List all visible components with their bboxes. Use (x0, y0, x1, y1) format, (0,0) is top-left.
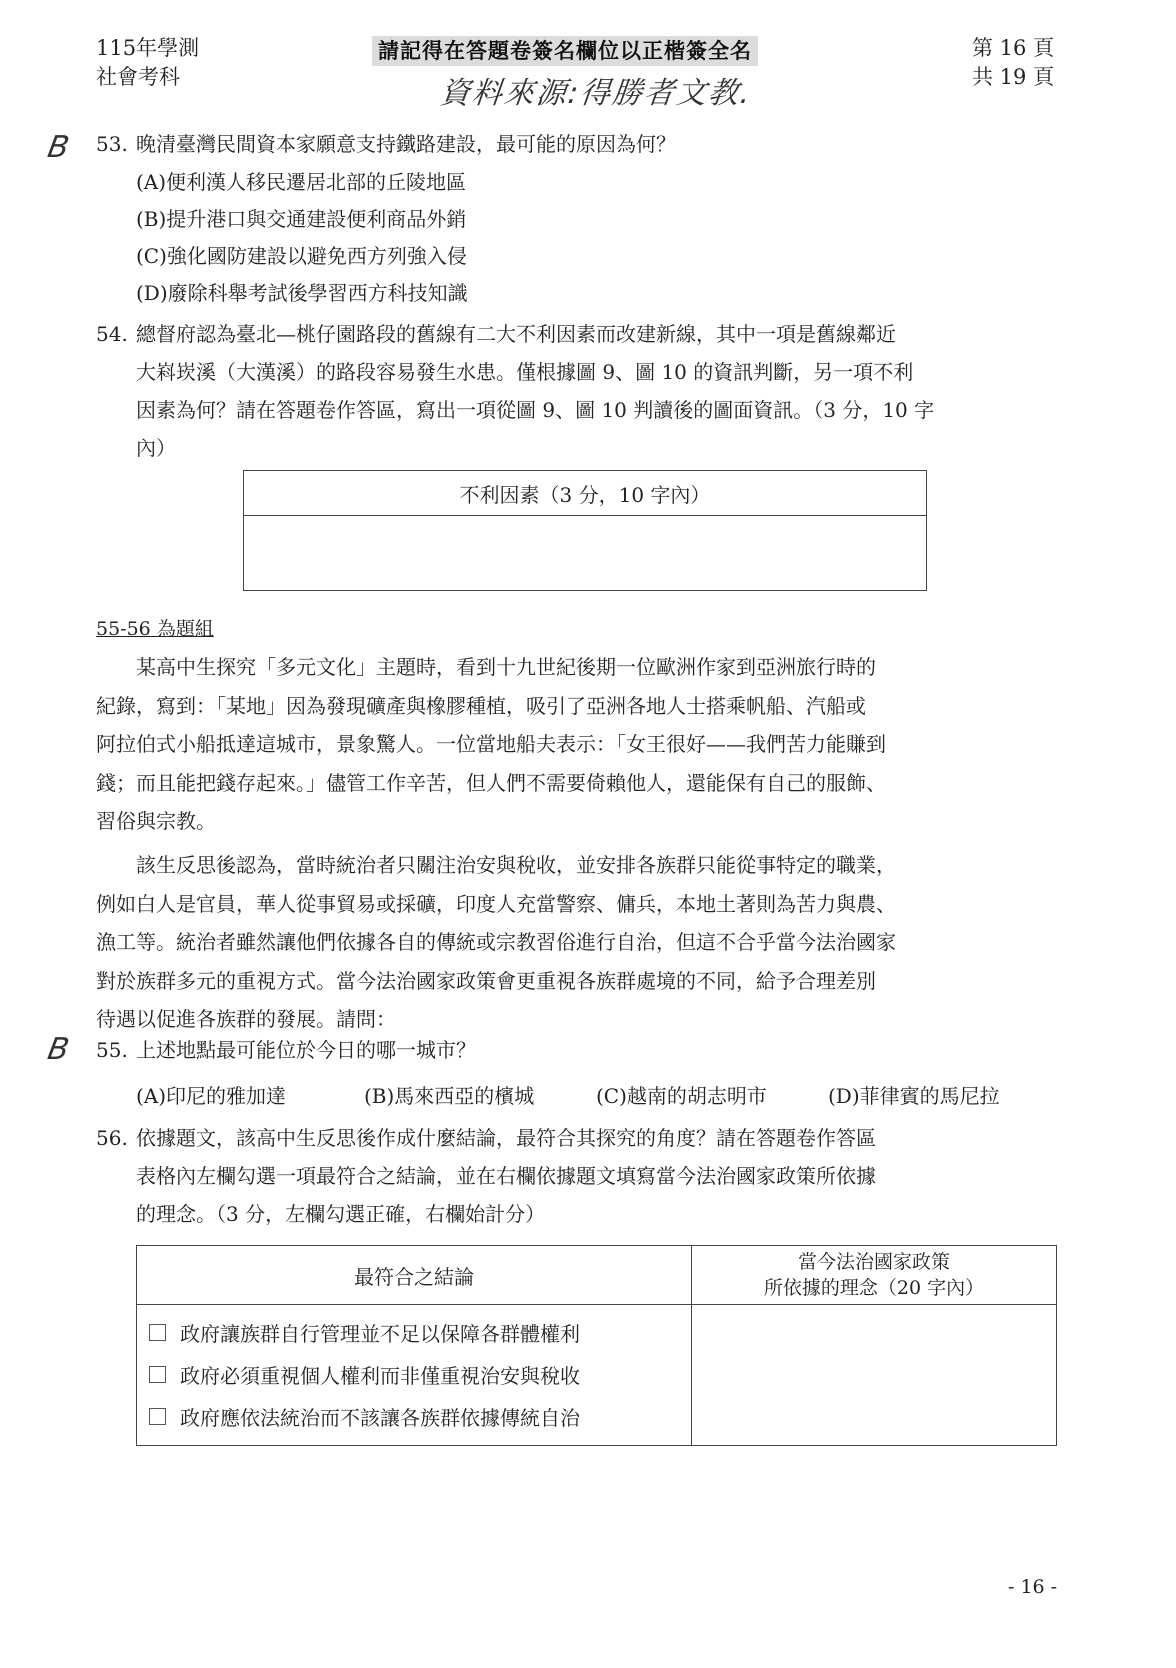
passage-1-line: 阿拉伯式小船抵達這城市，景象驚人。一位當地船夫表示：「女王很好——我們苦力能賺到 (96, 725, 1062, 764)
q56-answer-table: 最符合之結論 當今法治國家政策 所依據的理念（20 字內） 政府讓族群自行管理並… (136, 1245, 1057, 1446)
passage-2-line: 漁工等。統治者雖然讓他們依據各自的傳統或宗教習俗進行自治，但這不合乎當今法治國家 (96, 923, 1062, 962)
checkbox-icon[interactable] (149, 1366, 166, 1383)
page-current: 第 16 頁 (972, 34, 1054, 63)
q54-line-3: 因素為何？請在答題卷作答區，寫出一項從圖 9、圖 10 判讀後的圖面資訊。（3 … (136, 394, 934, 426)
q56-choice-1[interactable]: 政府讓族群自行管理並不足以保障各群體權利 (137, 1311, 691, 1353)
page-footer-number: - 16 - (1008, 1576, 1057, 1598)
question-group-title: 55-56 為題組 (96, 614, 214, 641)
q56-col2-header-line1: 當今法治國家政策 (692, 1249, 1056, 1275)
checkbox-icon[interactable] (149, 1408, 166, 1425)
passage-1-line: 錢；而且能把錢存起來。」儘管工作辛苦，但人們不需要倚賴他人，還能保有自己的服飾、 (96, 764, 1062, 803)
q53-option-d[interactable]: (D)廢除科舉考試後學習西方科技知識 (136, 277, 468, 309)
q54-line-4: 內） (136, 432, 176, 464)
group-passage-1: 某高中生探究「多元文化」主題時，看到十九世紀後期一位歐洲作家到亞洲旅行時的 紀錄… (96, 648, 1062, 841)
q56-choice-1-label: 政府讓族群自行管理並不足以保障各群體權利 (180, 1318, 580, 1347)
passage-1-line: 習俗與宗教。 (96, 802, 1062, 841)
q55-handwritten-answer: B (45, 1032, 72, 1067)
passage-1-line: 某高中生探究「多元文化」主題時，看到十九世紀後期一位歐洲作家到亞洲旅行時的 (96, 648, 1062, 687)
q53-option-b[interactable]: (B)提升港口與交通建設便利商品外銷 (136, 203, 466, 235)
q54-line-2: 大嵙崁溪（大漢溪）的路段容易發生水患。僅根據圖 9、圖 10 的資訊判斷，另一項… (136, 356, 913, 388)
q53-handwritten-answer: B (45, 130, 72, 165)
q54-answer-box-header: 不利因素（3 分，10 字內） (244, 471, 927, 516)
q56-line-2: 表格內左欄勾選一項最符合之結論，並在右欄依據題文填寫當今法治國家政策所依據 (136, 1160, 876, 1192)
q56-choice-2-label: 政府必須重視個人權利而非僅重視治安與稅收 (180, 1360, 580, 1389)
q54-line-1: 總督府認為臺北—桃仔園路段的舊線有二大不利因素而改建新線，其中一項是舊線鄰近 (136, 318, 896, 350)
group-passage-2: 該生反思後認為，當時統治者只關注治安與稅收，並安排各族群只能從事特定的職業， 例… (96, 846, 1062, 1039)
exam-header-right: 第 16 頁 共 19 頁 (972, 34, 1054, 92)
q55-option-c[interactable]: (C)越南的胡志明市 (596, 1080, 767, 1112)
q55-option-b[interactable]: (B)馬來西亞的檳城 (364, 1080, 534, 1112)
checkbox-icon[interactable] (149, 1324, 166, 1341)
q53-option-c[interactable]: (C)強化國防建設以避免西方列強入侵 (136, 240, 467, 272)
q55-option-d[interactable]: (D)菲律賓的馬尼拉 (828, 1080, 1000, 1112)
q56-choices-cell: 政府讓族群自行管理並不足以保障各群體權利 政府必須重視個人權利而非僅重視治安與稅… (137, 1305, 692, 1446)
passage-2-line: 待遇以促進各族群的發展。請問： (96, 1000, 1062, 1039)
signature-notice: 請記得在答題卷簽名欄位以正楷簽全名 (372, 36, 758, 66)
passage-1-line: 紀錄，寫到：「某地」因為發現礦產與橡膠種植，吸引了亞洲各地人士搭乘帆船、汽船或 (96, 687, 1062, 726)
q56-answer-field[interactable] (692, 1305, 1057, 1446)
passage-2-line: 對於族群多元的重視方式。當今法治國家政策會更重視各族群處境的不同，給予合理差別 (96, 962, 1062, 1001)
q56-col1-header: 最符合之結論 (137, 1246, 692, 1305)
q53-stem: 晚清臺灣民間資本家願意支持鐵路建設，最可能的原因為何？ (136, 128, 676, 160)
passage-2-line: 例如白人是官員，華人從事貿易或採礦，印度人充當警察、傭兵，本地土著則為苦力與農、 (96, 885, 1062, 924)
q53-option-a[interactable]: (A)便利漢人移民遷居北部的丘陵地區 (136, 166, 466, 198)
exam-header-left: 115年學測 社會考科 (96, 34, 199, 92)
exam-year: 115年學測 (96, 34, 199, 63)
q54-answer-field[interactable] (244, 516, 927, 591)
q56-choice-3[interactable]: 政府應依法統治而不該讓各族群依據傳統自治 (137, 1395, 691, 1437)
q54-number: 54. (96, 318, 128, 350)
q56-line-1: 依據題文，該高中生反思後作成什麼結論，最符合其探究的角度？請在答題卷作答區 (136, 1122, 876, 1154)
q56-number: 56. (96, 1122, 128, 1154)
q56-col2-header: 當今法治國家政策 所依據的理念（20 字內） (692, 1246, 1057, 1305)
q56-choice-3-label: 政府應依法統治而不該讓各族群依據傳統自治 (180, 1402, 580, 1431)
q56-choice-2[interactable]: 政府必須重視個人權利而非僅重視治安與稅收 (137, 1353, 691, 1395)
page-total: 共 19 頁 (972, 63, 1054, 92)
q54-answer-box: 不利因素（3 分，10 字內） (243, 470, 927, 591)
q55-number: 55. (96, 1034, 128, 1066)
q56-col2-header-line2: 所依據的理念（20 字內） (692, 1275, 1056, 1301)
handwritten-source-note: 資料來源:得勝者文教. (438, 74, 754, 114)
q55-stem: 上述地點最可能位於今日的哪一城市？ (136, 1034, 476, 1066)
q56-line-3: 的理念。（3 分，左欄勾選正確，右欄始計分） (136, 1198, 545, 1230)
exam-subject: 社會考科 (96, 63, 199, 92)
q55-option-a[interactable]: (A)印尼的雅加達 (136, 1080, 286, 1112)
q53-number: 53. (96, 128, 128, 160)
passage-2-line: 該生反思後認為，當時統治者只關注治安與稅收，並安排各族群只能從事特定的職業， (96, 846, 1062, 885)
